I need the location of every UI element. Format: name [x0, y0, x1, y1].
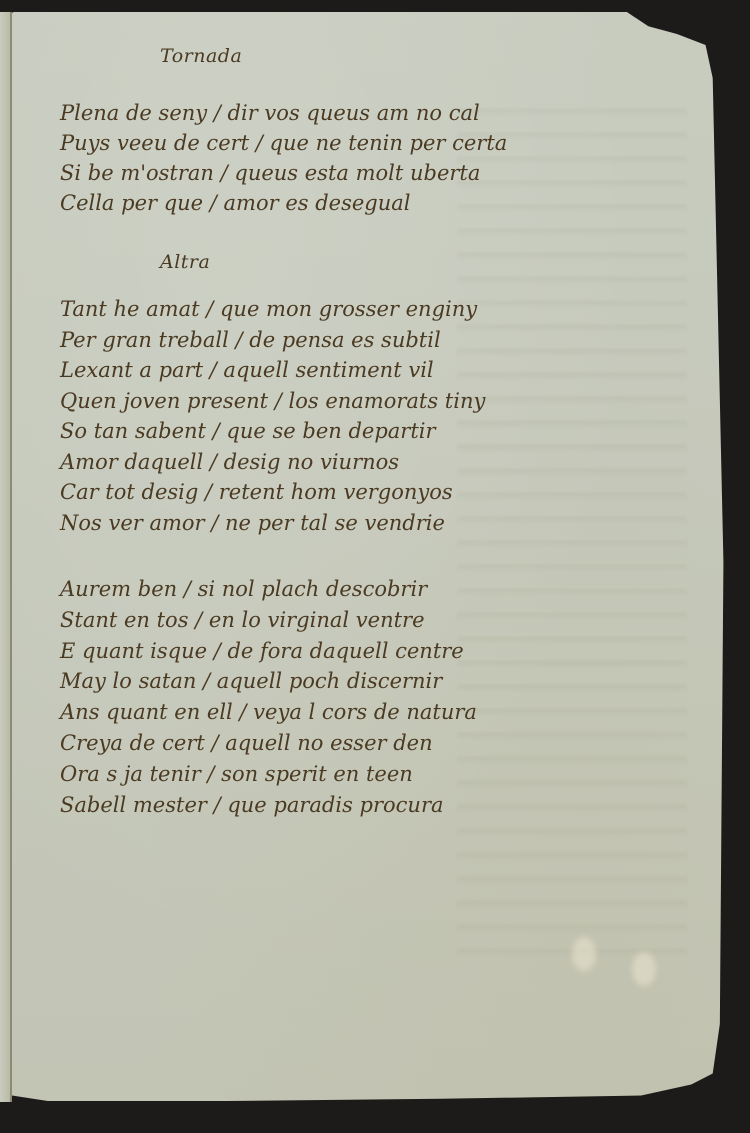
- verse-line: Tant he amat / que mon grosser enginy: [60, 294, 620, 325]
- manuscript-page: Tornada Plena de seny / dir vos queus am…: [12, 12, 727, 1112]
- section-heading-tornada: Tornada: [160, 34, 620, 78]
- verse-line: Creya de cert / aquell no esser den: [60, 728, 620, 759]
- verse-line: Ans quant en ell / veya l cors de natura: [60, 697, 620, 728]
- verse-line: Per gran treball / de pensa es subtil: [60, 325, 620, 356]
- verse-line: Sabell mester / que paradis procura: [60, 790, 620, 821]
- verse-line: Si be m'ostran / queus esta molt uberta: [60, 158, 620, 188]
- verse-line: Amor daquell / desig no viurnos: [60, 447, 620, 478]
- verse-line: Quen joven present / los enamorats tiny: [60, 386, 620, 417]
- verse-line: E quant isque / de fora daquell centre: [60, 636, 620, 667]
- verse-line: Lexant a part / aquell sentiment vil: [60, 355, 620, 386]
- verse-line: So tan sabent / que se ben departir: [60, 416, 620, 447]
- stanza-altra-2: Aurem ben / si nol plach descobrir Stant…: [60, 574, 620, 820]
- poem-text: Tornada Plena de seny / dir vos queus am…: [60, 34, 620, 820]
- verse-line: Plena de seny / dir vos queus am no cal: [60, 98, 620, 128]
- paper-stain: [572, 937, 596, 971]
- verse-line: Puys veeu de cert / que ne tenin per cer…: [60, 128, 620, 158]
- verse-line: Stant en tos / en lo virginal ventre: [60, 605, 620, 636]
- verse-line: Car tot desig / retent hom vergonyos: [60, 477, 620, 508]
- verse-line: Cella per que / amor es desegual: [60, 188, 620, 218]
- stanza-tornada: Plena de seny / dir vos queus am no cal …: [60, 98, 620, 218]
- verse-line: May lo satan / aquell poch discernir: [60, 666, 620, 697]
- verse-line: Nos ver amor / ne per tal se vendrie: [60, 508, 620, 539]
- verse-line: Aurem ben / si nol plach descobrir: [60, 574, 620, 605]
- facing-page-edge: [0, 12, 12, 1102]
- paper-stain: [632, 952, 656, 986]
- stanza-altra-1: Tant he amat / que mon grosser enginy Pe…: [60, 294, 620, 538]
- section-heading-altra: Altra: [160, 236, 620, 288]
- verse-line: Ora s ja tenir / son sperit en teen: [60, 759, 620, 790]
- manuscript-scan: Tornada Plena de seny / dir vos queus am…: [0, 0, 750, 1133]
